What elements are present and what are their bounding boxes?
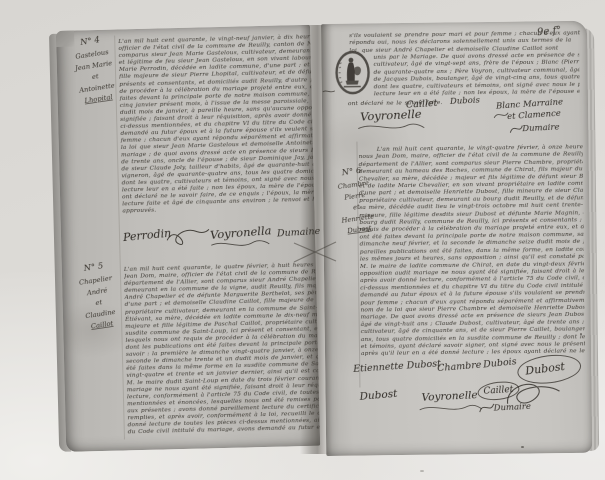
ink-speck bbox=[420, 470, 424, 472]
act-6-body-text: L'an mil huit cent quarante, le vingt-qu… bbox=[358, 143, 585, 357]
signature-underline-flourish-icon bbox=[356, 121, 426, 134]
signature-dubost: Dubost bbox=[359, 388, 398, 403]
act-5-body-text: L'an mil huit cent quarante, le quatre f… bbox=[124, 261, 320, 435]
paraph-flourish-icon bbox=[478, 400, 496, 415]
signature-underline-flourish-icon bbox=[418, 402, 484, 415]
signature-caillet: Caillet bbox=[406, 98, 438, 111]
margin-note-act-5: N° 5 ChapelierAndréetClaudineCaillot bbox=[68, 257, 128, 334]
ink-speck bbox=[521, 446, 524, 448]
gutter-cross-mark-icon bbox=[292, 238, 338, 266]
act-parties-names: ChapelierAndréetClaudineCaillot bbox=[70, 272, 128, 335]
act-5-witnesses-text: unis par le Mariage. De quoi avons dress… bbox=[373, 51, 579, 97]
margin-note-act-4: N° 4 GastelousJean MarieetAntoinetteLhop… bbox=[64, 31, 124, 108]
paraph-flourish-icon bbox=[492, 108, 510, 122]
paraph-flourish-icon bbox=[508, 122, 524, 136]
register-scan-background: N° 4 GastelousJean MarieetAntoinetteLhop… bbox=[0, 0, 605, 480]
timbre-revenue-stamp-icon bbox=[333, 49, 372, 95]
signature-etiennette-dubost: Etiennette Dubost bbox=[353, 358, 441, 375]
left-page: N° 4 GastelousJean MarieetAntoinetteLhop… bbox=[56, 25, 320, 452]
right-page: 9e f° s'ils voulaient se prendre pour ma… bbox=[321, 21, 592, 456]
act-4-body-text: L'an mil huit cent quarante, le vingt-ne… bbox=[118, 33, 314, 214]
signature-dumaire: Dumaire bbox=[493, 402, 531, 414]
ink-speck bbox=[580, 333, 582, 335]
signature-dubois: Dubois bbox=[483, 356, 517, 370]
signature-dumaire: Dumaire bbox=[522, 122, 560, 134]
signature-chambre: Chambre bbox=[437, 360, 482, 375]
paraph-flourish-icon bbox=[165, 221, 212, 248]
signature-underline-flourish-icon bbox=[209, 238, 271, 252]
act-parties-names: GastelousJean MarieetAntoinetteLhopital bbox=[66, 46, 124, 109]
signature-dubois: Dubois bbox=[450, 96, 480, 107]
signature-blanc-line-2: et Clamence bbox=[507, 109, 561, 122]
